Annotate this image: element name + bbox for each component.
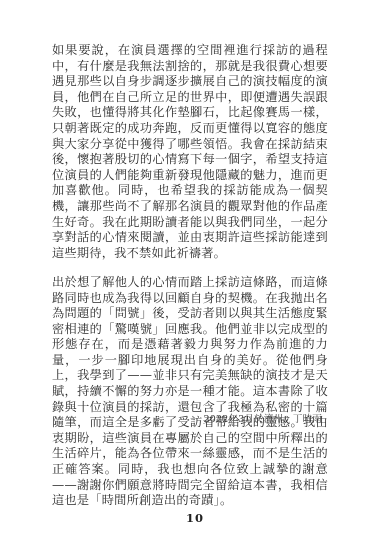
body-text: 如果要說，在演員選擇的空間裡進行採訪的過程中，有什麼是我無法割捨的，那就是我很費… xyxy=(52,43,328,509)
page-number: 10 xyxy=(0,511,390,525)
book-page: 如果要說，在演員選擇的空間裡進行採訪的過程中，有什麼是我無法割捨的，那就是我很費… xyxy=(0,0,390,554)
author-signature: 2022年3月於濟州，丁時雨 xyxy=(203,411,322,425)
paragraph-1: 如果要說，在演員選擇的空間裡進行採訪的過程中，有什麼是我無法割捨的，那就是我很費… xyxy=(52,43,328,261)
paragraph-2: 出於想了解他人的心情而踏上採訪這條路，而這條路同時也成為我得以回顧自身的契機。在… xyxy=(52,275,328,509)
